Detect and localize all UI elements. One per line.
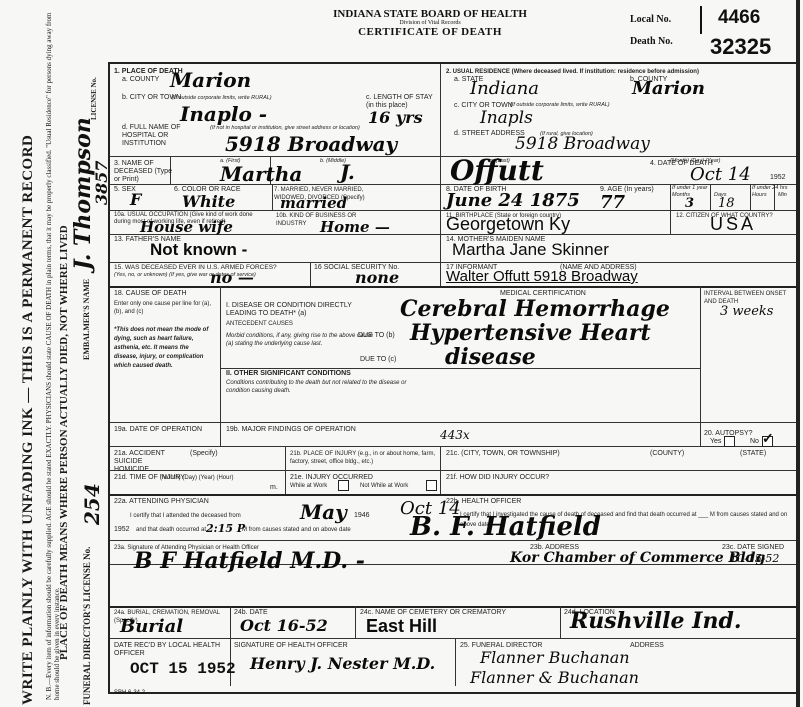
days-value: 18 [718,196,735,211]
autopsy-yes-checkbox[interactable] [724,436,735,447]
not-work-label: Not While at Work [360,482,408,490]
injury-city-label: 21c. (CITY, TOWN, OR TOWNSHIP) [446,450,560,458]
under-24-label: If under 24 hrs [752,185,787,191]
injury-state-label: (STATE) [740,450,766,458]
business-value: Home — [320,218,390,236]
divider [110,638,796,639]
certify-text-3: M from causes stated and on above date [242,526,351,534]
under-1-label: If under 1 year [672,185,707,191]
hospital-value: 5918 Broadway [225,132,397,156]
local-no-value: 4466 [718,7,760,29]
father-value: Not known - [150,240,247,260]
not-work-checkbox[interactable] [426,480,437,491]
health-officer-signature: Henry J. Nester M.D. [250,654,435,673]
cause-b-value: Hypertensive Heart [410,320,651,346]
hospital-hint: (If not in hospital or institution, give… [210,125,360,131]
birthplace-value: Georgetown Ky [446,214,570,235]
divider [272,184,273,210]
divider [440,64,441,156]
accident-hint: (Specify) [190,450,218,458]
divider [440,156,441,286]
overwritten-name: B. F. Hatfield [410,512,601,542]
operation-note: 443x [440,428,470,442]
health-officer-signature-label: SIGNATURE OF HEALTH OFFICER [234,642,348,650]
cause-of-death-label: 18. CAUSE OF DEATH [114,290,187,298]
city-value: Inaplo - [180,102,267,126]
sex-value: F [130,190,141,209]
death-no-label: Death No. [630,36,673,58]
part2-hint: Conditions contributing to the death but… [226,379,426,395]
checkmark-icon: ✓ [762,430,774,447]
physician-signature: B F Hatfield M.D. - [134,548,365,574]
divider [110,446,796,447]
date-of-death-year: 1952 [770,174,786,182]
hours-label: Hours [752,192,767,198]
divider [750,184,751,210]
res-county-value: Marion [632,78,705,99]
informant-value: Walter Offutt 5918 Broadway [446,268,638,285]
race-value: White [182,192,235,211]
occupation-value: House wife [140,218,233,236]
attended-from: May [300,500,347,524]
health-officer-label: 22b. HEALTH OFFICER [446,498,521,506]
name-label: 3. NAME OF DECEASED (Type or Print) [114,160,174,184]
death-no-value: 32325 [710,34,771,60]
funeral-director-value: Flanner Buchanan [480,648,630,667]
place-of-death-note: PLACE OF DEATH MEANS WHERE PERSON ACTUAL… [58,225,70,660]
funeral-license-label: FUNERAL DIRECTOR'S LICENSE No. [82,547,92,705]
min-label: Min [778,192,787,198]
burial-value: Burial [120,616,183,637]
cause-a-value: Cerebral Hemorrhage [400,296,670,322]
divider [220,286,221,422]
date-signed-label: 23c. DATE SIGNED [722,544,784,552]
divider [110,422,796,423]
divider [110,494,796,496]
middle-name-value: J. [340,160,355,184]
length-of-stay-value: 16 yrs [368,108,423,127]
date-received-label: DATE REC'D BY LOCAL HEALTH OFFICER [114,642,224,658]
usual-residence-label: 2. USUAL RESIDENCE (Where deceased lived… [446,68,699,76]
attended-from-year: 1946 [354,512,370,520]
mother-value: Martha Jane Skinner [452,240,609,260]
form-body: 1. PLACE OF DEATH a. COUNTY Marion b. CI… [108,62,798,694]
death-time: 2:15 P [206,522,245,535]
local-no-mark [700,6,702,34]
antecedent-label: ANTECEDENT CAUSES [226,320,293,328]
divider [455,638,456,686]
certify-text-1: I certify that I attended the deceased f… [130,512,241,520]
county-value: Marion [170,68,251,92]
marital-value: married [280,194,347,212]
certificate-numbers: Local No. Death No. [630,14,673,58]
divider [110,262,796,263]
embalmer-label: EMBALMER'S NAME [82,279,91,360]
age-value: 77 [600,192,625,213]
autopsy-yes-label: Yes [710,438,721,446]
citizen-value: USA [710,214,756,235]
divider [560,606,561,638]
months-value: 3 [685,196,694,211]
birth-date-value: June 24 1875 [446,190,580,211]
cause-instructions: Enter only one cause per line for (a), (… [114,300,214,316]
divider [670,184,671,234]
certificate-header: INDIANA STATE BOARD OF HEALTH Division o… [330,8,530,38]
attended-to-year: 1952 [114,526,130,534]
cemetery-value: East Hill [366,616,437,637]
local-no-label: Local No. [630,14,673,36]
form-code: SBH 6-34 2 [114,690,145,696]
physician-address: Kor Chamber of Commerce Bldg [510,550,765,566]
last-name-value: Offutt [450,154,544,187]
certify-text-2: and that death occurred at [136,526,206,534]
interval-a-value: 3 weeks [720,304,773,319]
attending-physician-label: 22a. ATTENDING PHYSICIAN [114,498,209,506]
injury-occurred-label: 21e. INJURY OCCURRED [290,474,373,482]
injury-m: m. [270,484,278,492]
funeral-license-value: 254 [80,483,104,525]
death-certificate: WRITE PLAINLY WITH UNFADING INK — THIS I… [0,0,803,707]
operation-date-label: 19a. DATE OF OPERATION [114,426,214,434]
county-label: a. COUNTY [122,76,159,84]
due-to-c-label: DUE TO (c) [360,356,396,364]
location-value: Rushville Ind. [570,608,742,634]
operation-findings-label: 19b. MAJOR FINDINGS OF OPERATION [226,426,356,434]
armed-forces-value: no — [210,268,254,287]
how-injury-label: 21f. HOW DID INJURY OCCUR? [446,474,549,482]
injury-place-label: 21b. PLACE OF INJURY (e.g., in or about … [290,450,440,466]
while-work-label: While at Work [290,482,327,490]
res-street-value: 5918 Broadway [515,134,650,154]
divider [310,262,311,286]
autopsy-no-label: No [750,438,759,446]
city-hint: (If outside corporate limits, write RURA… [172,95,272,101]
part1-label: I. DISEASE OR CONDITION DIRECTLY LEADING… [226,302,376,318]
while-work-checkbox[interactable] [338,480,349,491]
instruction-main: WRITE PLAINLY WITH UNFADING INK — THIS I… [20,135,37,705]
res-state-value: Indiana [470,78,539,99]
cause-note: *This does not mean the mode of dying, s… [114,326,214,371]
cause-c-value: disease [445,344,536,370]
first-name-value: Martha [220,162,302,186]
left-margin: WRITE PLAINLY WITH UNFADING INK — THIS I… [0,0,108,707]
res-city-value: Inapls [480,108,533,128]
agency-name: INDIANA STATE BOARD OF HEALTH [330,8,530,20]
funeral-director-address-label: ADDRESS [630,642,664,650]
license-label: LICENSE No. [90,77,98,120]
funeral-director-value-2: Flanner & Buchanan [470,668,639,687]
divider [355,606,356,638]
burial-date-value: Oct 16-52 [240,616,328,635]
date-of-death-value: Oct 14 [690,164,751,185]
hospital-label: d. FULL NAME OF HOSPITAL OR INSTITUTION [122,124,202,148]
date-signed-value: 10-15-52 [730,552,779,565]
divider [110,470,796,471]
ssn-value: none [355,268,399,287]
due-to-b-label: DUE TO (b) [358,332,395,340]
divider [220,422,221,446]
injury-county-label: (COUNTY) [650,450,684,458]
injury-time-sub: (Month) (Day) (Year) (Hour) [160,474,233,482]
divider [710,184,711,210]
antecedent-hint: Morbid conditions, if any, giving rise t… [226,332,376,348]
certificate-title: CERTIFICATE OF DEATH [330,26,530,38]
accident-label: 21a. ACCIDENT SUICIDE HOMICIDE [114,450,174,474]
part2-label: II. OTHER SIGNIFICANT CONDITIONS [226,370,351,378]
date-received-stamp: OCT 15 1952 [130,660,236,678]
